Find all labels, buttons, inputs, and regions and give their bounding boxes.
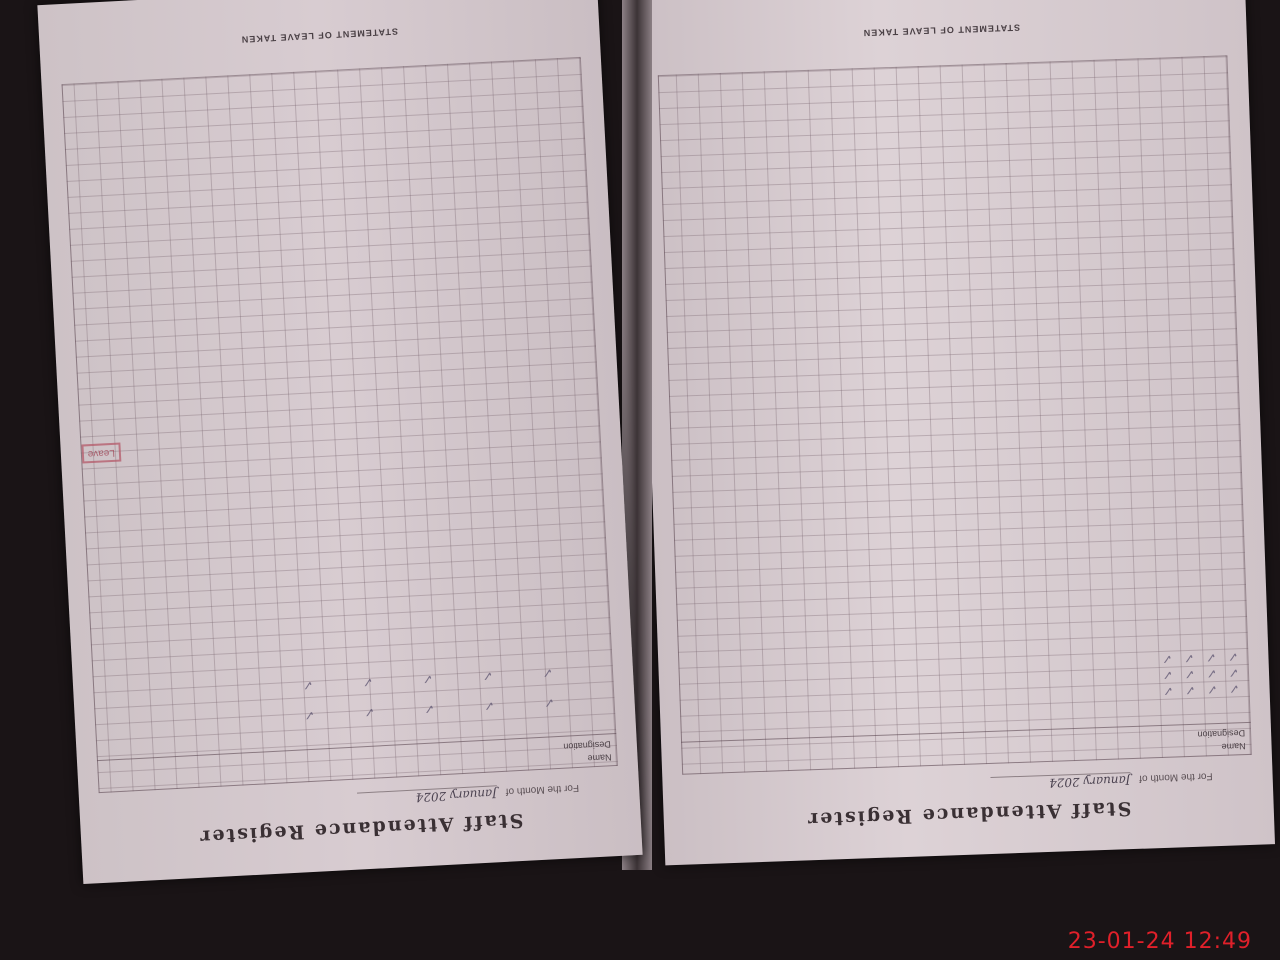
designation-label: Designation — [1197, 728, 1245, 740]
register-photo: Staff Attendance Register For the Month … — [0, 0, 1280, 960]
name-label: Name — [1221, 741, 1245, 752]
leave-statement-heading: STATEMENT OF LEAVE TAKEN — [39, 16, 599, 55]
designation-label: Designation — [563, 739, 611, 751]
check-mark: ✓ — [1205, 649, 1216, 664]
leave-statement-heading: STATEMENT OF LEAVE TAKEN — [636, 15, 1246, 46]
check-mark: ✓ — [1227, 648, 1238, 663]
attendance-marks: ✓ ✓ ✓ ✓ ✓ ✓ ✓ ✓ ✓ ✓ — [80, 416, 615, 743]
month-field: For the Month of January 2024 — [990, 769, 1213, 792]
name-label: Name — [587, 752, 612, 763]
check-mark: ✓ — [1183, 650, 1194, 665]
check-mark: ✓ — [482, 667, 494, 683]
check-mark: ✓ — [1184, 682, 1195, 697]
check-mark: ✓ — [1228, 680, 1239, 695]
check-mark: ✓ — [423, 700, 435, 716]
check-mark: ✓ — [362, 674, 374, 690]
month-label: For the Month of — [1139, 770, 1213, 784]
check-mark: ✓ — [1184, 666, 1195, 681]
check-mark: ✓ — [304, 707, 316, 723]
month-field: For the Month of January 2024 — [357, 781, 580, 808]
month-value: January 2024 — [990, 772, 1130, 792]
check-mark: ✓ — [542, 664, 554, 680]
photo-timestamp: 23-01-24 12:49 — [1068, 929, 1252, 954]
check-mark: ✓ — [1228, 664, 1239, 679]
left-page: Staff Attendance Register For the Month … — [635, 0, 1275, 865]
leave-stamp: Leave — [81, 443, 121, 464]
month-label: For the Month of — [505, 782, 579, 797]
check-mark: ✓ — [483, 697, 495, 713]
check-mark: ✓ — [422, 670, 434, 686]
page-title: Staff Attendance Register — [664, 792, 1274, 835]
check-mark: ✓ — [302, 677, 314, 693]
attendance-marks: ✓ ✓ ✓ ✓ ✓ ✓ ✓ ✓ ✓ ✓ ✓ ✓ — [670, 405, 1250, 725]
check-mark: ✓ — [363, 704, 375, 720]
check-mark: ✓ — [543, 694, 555, 710]
check-mark: ✓ — [1206, 681, 1217, 696]
right-page: Staff Attendance Register For the Month … — [37, 0, 642, 884]
check-mark: ✓ — [1206, 665, 1217, 680]
check-mark: ✓ — [1162, 683, 1173, 698]
page-title: Staff Attendance Register — [81, 803, 641, 854]
month-value: January 2024 — [357, 785, 498, 807]
check-mark: ✓ — [1162, 667, 1173, 682]
check-mark: ✓ — [1161, 651, 1172, 666]
